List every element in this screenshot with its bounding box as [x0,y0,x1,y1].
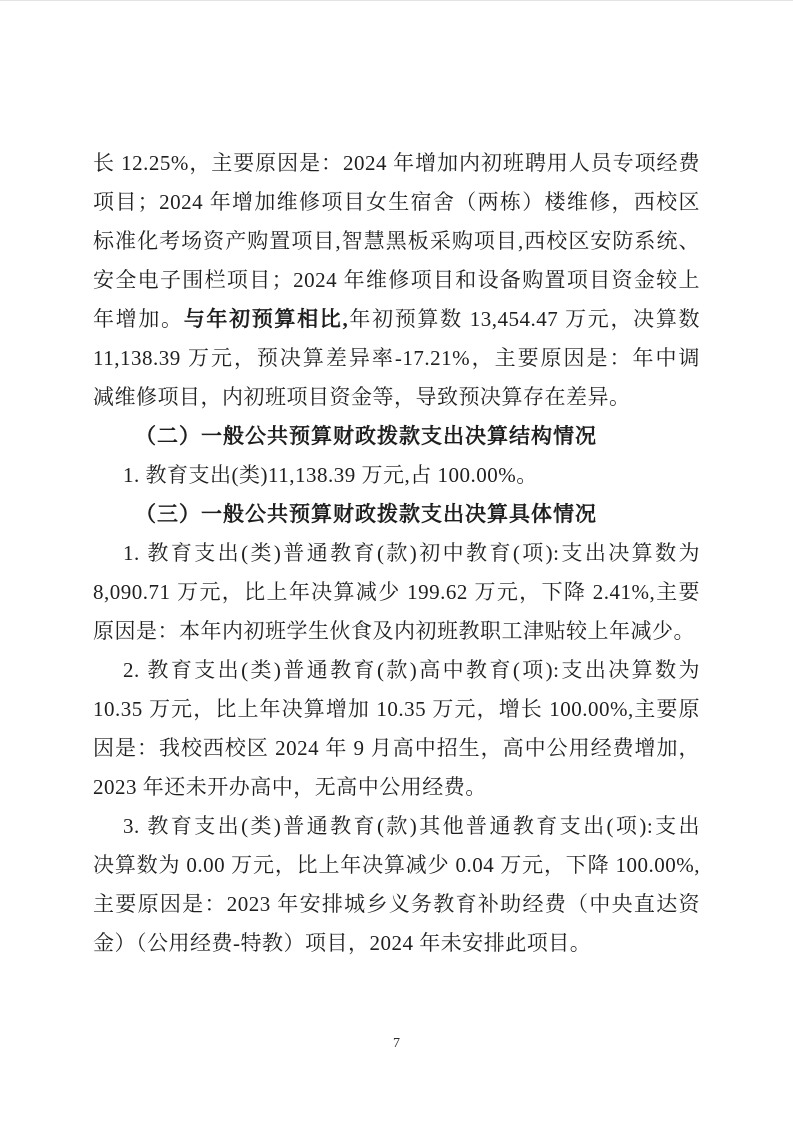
text-run: 年初预算数 13,454.47 万元，决算数 [348,307,700,331]
text-line: 减维修项目，内初班项目资金等，导致预决算存在差异。 [93,378,700,417]
text-line: （三）一般公共预算财政拨款支出决算具体情况 [93,495,700,534]
text-run: 因是：我校西校区 2024 年 9 月高中招生，高中公用经费增加， [93,736,700,760]
document-body: 长 12.25%，主要原因是：2024 年增加内初班聘用人员专项经费项目；202… [93,144,700,963]
text-run: 原因是：本年内初班学生伙食及内初班教职工津贴较上年减少。 [93,619,695,643]
page-top-edge-line [0,0,793,1]
text-line: 2023 年还未开办高中，无高中公用经费。 [93,768,700,807]
text-line: 11,138.39 万元，预决算差异率-17.21%，主要原因是：年中调 [93,339,700,378]
heading-section-3-details: （三）一般公共预算财政拨款支出决算具体情况 [93,495,700,534]
bold-text-run: （二）一般公共预算财政拨款支出决算结构情况 [135,424,597,448]
text-run: 8,090.71 万元，比上年决算减少 199.62 万元，下降 2.41%,主… [93,580,700,604]
text-line: （二）一般公共预算财政拨款支出决算结构情况 [93,417,700,456]
text-line: 金）（公用经费-特教）项目，2024 年未安排此项目。 [93,924,700,963]
paragraph-education-expenditure-share: 1. 教育支出(类)11,138.39 万元,占 100.00%。 [93,456,700,495]
text-run: 项目；2024 年增加维修项目女生宿舍（两栋）楼维修，西校区 [93,190,700,214]
text-run: 3. 教育支出(类)普通教育(款)其他普通教育支出(项):支出 [123,814,700,838]
text-run: 减维修项目，内初班项目资金等，导致预决算存在差异。 [93,385,631,409]
text-run: 主要原因是：2023 年安排城乡义务教育补助经费（中央直达资 [93,892,700,916]
text-line: 3. 教育支出(类)普通教育(款)其他普通教育支出(项):支出 [93,807,700,846]
text-line: 8,090.71 万元，比上年决算减少 199.62 万元，下降 2.41%,主… [93,573,700,612]
text-run: 决算数为 0.00 万元，比上年决算减少 0.04 万元，下降 100.00%, [93,853,700,877]
text-line: 1. 教育支出(类)11,138.39 万元,占 100.00%。 [93,456,700,495]
text-line: 10.35 万元，比上年决算增加 10.35 万元，增长 100.00%,主要原 [93,690,700,729]
text-line: 因是：我校西校区 2024 年 9 月高中招生，高中公用经费增加， [93,729,700,768]
text-line: 决算数为 0.00 万元，比上年决算减少 0.04 万元，下降 100.00%, [93,846,700,885]
text-line: 原因是：本年内初班学生伙食及内初班教职工津贴较上年减少。 [93,612,700,651]
text-line: 安全电子围栏项目；2024 年维修项目和设备购置项目资金较上 [93,261,700,300]
text-line: 长 12.25%，主要原因是：2024 年增加内初班聘用人员专项经费 [93,144,700,183]
bold-text-run: （三）一般公共预算财政拨款支出决算具体情况 [135,502,597,526]
text-run: 11,138.39 万元，预决算差异率-17.21%，主要原因是：年中调 [93,346,700,370]
text-run: 1. 教育支出(类)11,138.39 万元,占 100.00%。 [123,463,538,487]
text-line: 主要原因是：2023 年安排城乡义务教育补助经费（中央直达资 [93,885,700,924]
text-run: 安全电子围栏项目；2024 年维修项目和设备购置项目资金较上 [93,268,700,292]
text-run: 金）（公用经费-特教）项目，2024 年未安排此项目。 [93,931,591,955]
text-run: 标准化考场资产购置项目,智慧黑板采购项目,西校区安防系统、 [93,229,700,253]
page-number: 7 [0,1034,793,1054]
text-run: 2. 教育支出(类)普通教育(款)高中教育(项):支出决算数为 [123,658,700,682]
bold-text-run: 与年初预算相比, [184,307,349,331]
text-line: 项目；2024 年增加维修项目女生宿舍（两栋）楼维修，西校区 [93,183,700,222]
text-line: 2. 教育支出(类)普通教育(款)高中教育(项):支出决算数为 [93,651,700,690]
paragraph-item-2-senior-high-education: 2. 教育支出(类)普通教育(款)高中教育(项):支出决算数为10.35 万元，… [93,651,700,807]
text-run: 长 12.25%，主要原因是：2024 年增加内初班聘用人员专项经费 [93,151,700,175]
text-run: 2023 年还未开办高中，无高中公用经费。 [93,775,487,799]
text-line: 年增加。与年初预算相比,年初预算数 13,454.47 万元，决算数 [93,300,700,339]
document-page: 长 12.25%，主要原因是：2024 年增加内初班聘用人员专项经费项目；202… [0,0,793,1122]
paragraph-item-3-other-general-education: 3. 教育支出(类)普通教育(款)其他普通教育支出(项):支出决算数为 0.00… [93,807,700,963]
text-line: 标准化考场资产购置项目,智慧黑板采购项目,西校区安防系统、 [93,222,700,261]
text-run: 1. 教育支出(类)普通教育(款)初中教育(项):支出决算数为 [123,541,700,565]
text-run: 年增加。 [93,307,184,331]
text-line: 1. 教育支出(类)普通教育(款)初中教育(项):支出决算数为 [93,534,700,573]
paragraph-expenditure-increase-reasons: 长 12.25%，主要原因是：2024 年增加内初班聘用人员专项经费项目；202… [93,144,700,417]
text-run: 10.35 万元，比上年决算增加 10.35 万元，增长 100.00%,主要原 [93,697,700,721]
heading-section-2-structure: （二）一般公共预算财政拨款支出决算结构情况 [93,417,700,456]
paragraph-item-1-junior-high-education: 1. 教育支出(类)普通教育(款)初中教育(项):支出决算数为8,090.71 … [93,534,700,651]
